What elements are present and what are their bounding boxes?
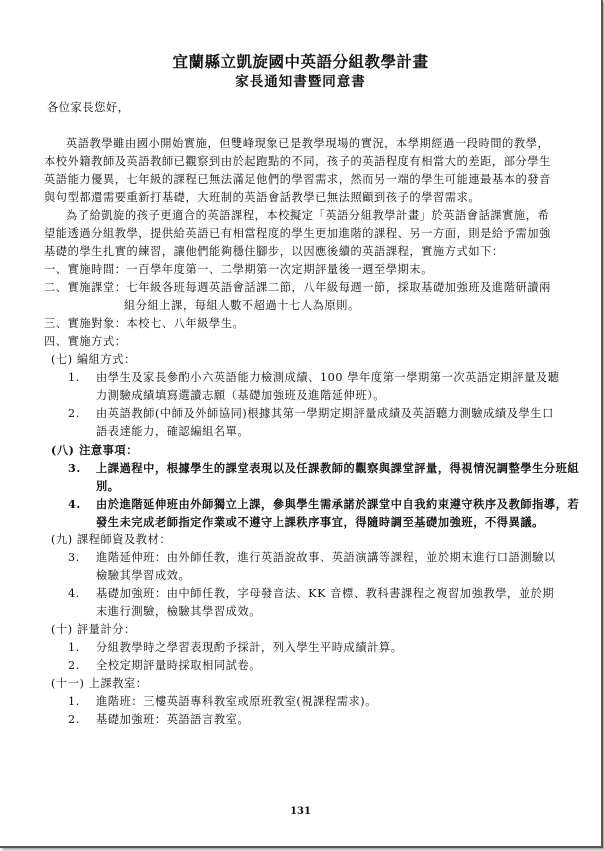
item-text-cont: 別。 [96, 479, 120, 493]
item-number: 3. [68, 551, 96, 565]
item-text-cont: 力測驗成績填寫選讀志願（基礎加強班及進階延伸班）。 [96, 389, 385, 403]
item-text: 進階班：三樓英語專科教室或原班教室(視課程需求)。 [96, 695, 377, 708]
list-item: 3.進階延伸班：由外師任教，進行英語說故事、英語演講等課程，並於期末進行口語測驗… [68, 551, 556, 565]
intro-line: 英語能力優異，七年級的課程已無法滿足他們的學習需求，然而另一端的學生可能連最基本… [44, 173, 551, 187]
list-item: 2.由英語教師(中師及外師協同)根據其第一學期定期評量成績及英語聽力測驗成績及學… [68, 407, 554, 421]
document-page: 宜蘭縣立凱旋國中英語分組教學計畫 家長通知書暨同意書 各位家長您好， 英語教學雖… [0, 0, 603, 848]
subsection-grading-heading: (十) 評量計分： [51, 623, 136, 637]
section-implementation-class-cont: 組分組上課，每組人數不超過十七人為原則。 [124, 299, 360, 313]
section-implementation-time: 一、實施時間：一百學年度第一、二學期第一次定期評量後一週至學期末。 [44, 263, 433, 277]
list-item: 2.基礎加強班：英語語言教室。 [68, 713, 249, 727]
greeting: 各位家長您好， [47, 101, 130, 115]
item-text: 基礎加強班：由中師任教，字母發音法、KK 音標、教科書課程之複習加強教學，並於期 [96, 587, 554, 600]
list-item: 1.分組教學時之學習表現酌予採計，列入學生平時成績計算。 [68, 641, 402, 655]
item-number: 3. [68, 461, 96, 475]
item-text: 進階延伸班：由外師任教，進行英語說故事、英語演講等課程，並於期末進行口語測驗以 [96, 551, 556, 564]
item-number: 1. [68, 641, 96, 655]
section-implementation-class: 二、實施課堂：七年級各班每週英語會話課二節，八年級每週一節，採取基礎加強班及進階… [44, 281, 551, 295]
item-text: 全校定期評量時採取相同試卷。 [96, 659, 261, 672]
subsection-grouping-heading: (七) 編組方式： [51, 353, 136, 367]
intro-line: 英語教學雖由國小開始實施，但雙峰現象已是教學現場的實況，本學期經過一段時間的教學… [66, 137, 549, 151]
item-number: 4. [68, 587, 96, 601]
item-text: 上課過程中，根據學生的課堂表現以及任課教師的觀察與課堂評量，得視情況調整學生分班… [96, 461, 579, 475]
item-number: 2. [68, 659, 96, 673]
item-number: 1. [68, 371, 96, 385]
list-item: 1.由學生及家長參酌小六英語能力檢測成績、100 學年度第一學期第一次英語定期評… [68, 371, 559, 385]
item-number: 1. [68, 695, 96, 709]
section-implementation-target: 三、實施對象：本校七、八年級學生。 [44, 317, 244, 331]
intro-line: 基礎的學生扎實的練習，讓他們能夠穩住腳步，以因應後續的英語課程，實施方式如下： [44, 245, 504, 259]
item-number: 2. [68, 713, 96, 727]
item-text-cont: 發生未完成老師指定作業或不遵守上課秩序事宜，得隨時調至基礎加強班，不得異議。 [96, 515, 544, 529]
intro-line: 望能透過分組教學，提供給英語已有相當程度的學生更加進階的課程、另一方面，則是給予… [44, 227, 551, 241]
intro-line: 為了給凱旋的孩子更適合的英語課程，本校擬定「英語分組教學計畫」於英語會話課實施，… [66, 209, 549, 223]
item-text: 基礎加強班：英語語言教室。 [96, 713, 249, 726]
item-text: 由英語教師(中師及外師協同)根據其第一學期定期評量成績及英語聽力測驗成績及學生口 [96, 407, 554, 420]
item-text-cont: 末進行測驗，檢驗其學習成效。 [96, 605, 261, 619]
list-item: 4.由於進階延伸班由外師獨立上課，參與學生需承諾於課堂中自我約束遵守秩序及教師指… [68, 497, 579, 511]
subsection-notes-heading: (八) 注意事項： [51, 443, 138, 457]
section-implementation-method: 四、實施方式： [44, 335, 127, 349]
list-item: 2.全校定期評量時採取相同試卷。 [68, 659, 261, 673]
list-item: 4.基礎加強班：由中師任教，字母發音法、KK 音標、教科書課程之複習加強教學，並… [68, 587, 554, 601]
intro-line: 與句型都還需要重新打基礎，大班制的英語會話教學已無法照顧到孩子的學習需求。 [44, 191, 480, 205]
item-text: 由於進階延伸班由外師獨立上課，參與學生需承諾於課堂中自我約束遵守秩序及教師指導，… [96, 497, 579, 511]
intro-line: 本校外籍教師及英語教師已觀察到由於起跑點的不同，孩子的英語程度有相當大的差距，部… [44, 155, 551, 169]
item-text: 分組教學時之學習表現酌予採計，列入學生平時成績計算。 [96, 641, 402, 654]
document-subtitle: 家長通知書暨同意書 [0, 70, 601, 90]
item-number: 4. [68, 497, 96, 511]
subsection-teachers-heading: (九) 課程師資及教材： [51, 533, 171, 547]
list-item: 3.上課過程中，根據學生的課堂表現以及任課教師的觀察與課堂評量，得視情況調整學生… [68, 461, 579, 475]
list-item: 1.進階班：三樓英語專科教室或原班教室(視課程需求)。 [68, 695, 377, 709]
document-title: 宜蘭縣立凱旋國中英語分組教學計畫 [0, 50, 601, 72]
item-number: 2. [68, 407, 96, 421]
item-text: 由學生及家長參酌小六英語能力檢測成績、100 學年度第一學期第一次英語定期評量及… [96, 371, 559, 384]
subsection-classroom-heading: (十一) 上課教室： [51, 677, 148, 691]
item-text-cont: 語表達能力，確認編組名單。 [96, 425, 249, 439]
item-text-cont: 檢驗其學習成效。 [96, 569, 190, 583]
page-number: 131 [0, 806, 601, 817]
